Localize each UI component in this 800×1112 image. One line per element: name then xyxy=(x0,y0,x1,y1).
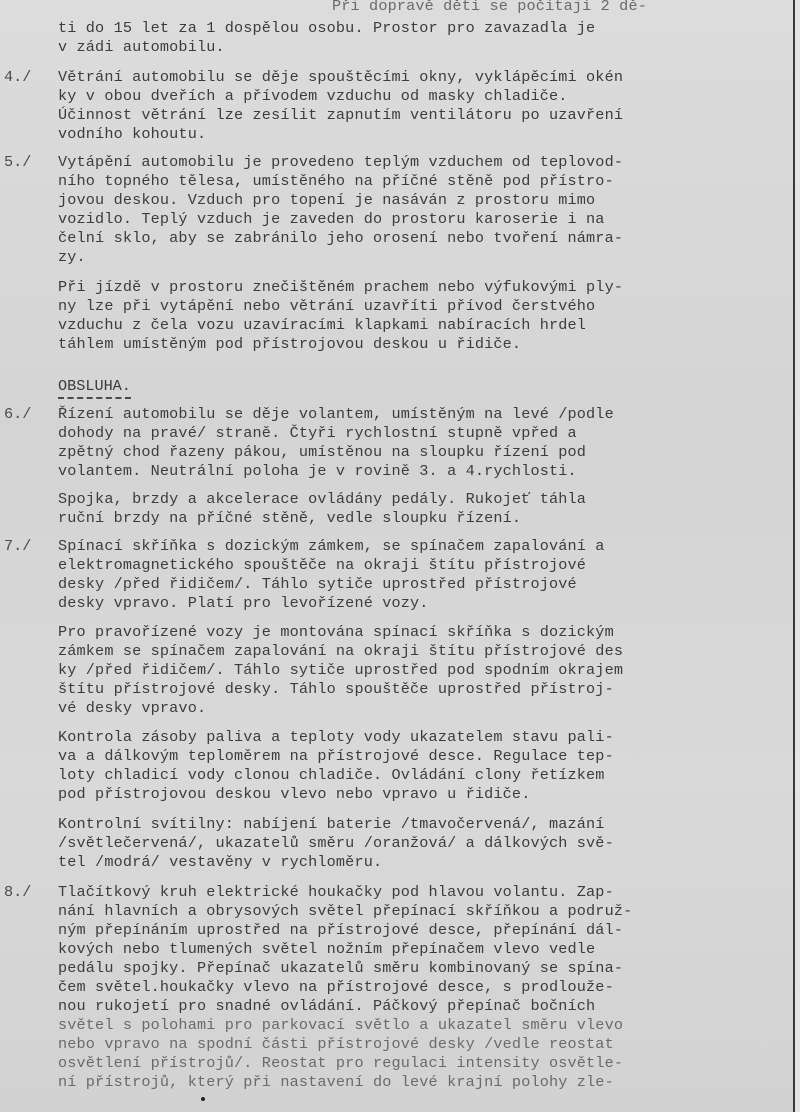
text-line: Větrání automobilu se děje spouštěcími o… xyxy=(58,67,623,87)
text-line: Spínací skříňka s dozickým zámkem, se sp… xyxy=(58,536,605,556)
text-line: ny lze při vytápění nebo větrání uzavřít… xyxy=(58,296,595,316)
section-number: 5./ xyxy=(4,152,31,172)
document-page: Při dopravě dětí se počítají 2 dě- ti do… xyxy=(0,0,793,1112)
text-line: Tlačítkový kruh elektrické houkačky pod … xyxy=(58,882,614,902)
text-line: Kontrola zásoby paliva a teploty vody uk… xyxy=(58,727,614,747)
text-line: ního topného tělesa, umístěného na příčn… xyxy=(58,171,614,191)
text-line: tel /modrá/ vestavěny v rychloměru. xyxy=(58,852,382,872)
text-line: Pro pravořízené vozy je montována spínac… xyxy=(58,622,614,642)
text-line: ky /před řidičem/. Táhlo sytiče uprostře… xyxy=(58,660,623,680)
text-line: Řízení automobilu se děje volantem, umís… xyxy=(58,404,614,424)
text-line: /světlečervená/, ukazatelů směru /oranžo… xyxy=(58,833,614,853)
page-margin xyxy=(795,0,800,1112)
section-heading: OBSLUHA. xyxy=(58,376,131,399)
text-line: nou rukojetí pro snadné ovládání. Páčkov… xyxy=(58,996,595,1016)
text-line: vodního kohoutu. xyxy=(58,124,206,144)
text-line: zpětný chod řazeny pákou, umístěnou na s… xyxy=(58,442,586,462)
text-line: zy. xyxy=(58,247,86,267)
section-number: 4./ xyxy=(4,67,31,87)
text-line: Spojka, brzdy a akcelerace ovládány pedá… xyxy=(58,489,586,509)
text-line: loty chladicí vody clonou chladiče. Ovlá… xyxy=(58,765,605,785)
text-line: Při jízdě v prostoru znečištěném prachem… xyxy=(58,277,623,297)
section-number: 7./ xyxy=(4,536,31,556)
section-number: 8./ xyxy=(4,882,31,902)
text-line: táhlem umístěným pod přístrojovou deskou… xyxy=(58,334,521,354)
text-line: vé desky vpravo. xyxy=(58,698,206,718)
text-line: ky v obou dveřích a přívodem vzduchu od … xyxy=(58,86,568,106)
text-line: světel s polohami pro parkovací světlo a… xyxy=(58,1015,623,1035)
text-line: elektromagnetického spouštěče na okraji … xyxy=(58,555,586,575)
text-line: čem světel.houkačky vlevo na přístrojové… xyxy=(58,977,614,997)
text-line: Při dopravě dětí se počítají 2 dě- xyxy=(332,0,647,16)
text-line: ným přepínáním uprostřed na přístrojové … xyxy=(58,920,623,940)
text-line: dohody na pravé/ straně. Čtyři rychlostn… xyxy=(58,423,577,443)
section-number: 6./ xyxy=(4,404,31,424)
text-line: ruční brzdy na příčné stěně, vedle sloup… xyxy=(58,508,521,528)
text-line: Vytápění automobilu je provedeno teplým … xyxy=(58,152,623,172)
text-line: osvětlení přístrojů/. Reostat pro regula… xyxy=(58,1053,623,1073)
text-line: kových nebo tlumených světel nožním přep… xyxy=(58,939,595,959)
text-line: ní přístrojů, který při nastavení do lev… xyxy=(58,1072,614,1092)
text-line: v zádi automobilu. xyxy=(58,37,225,57)
text-line: desky /před řidičem/. Táhlo sytiče upros… xyxy=(58,574,577,594)
text-line: Účinnost větrání lze zesílit zapnutím ve… xyxy=(58,105,623,125)
text-line: štítu přístrojové desky. Táhlo spouštěče… xyxy=(58,679,614,699)
ink-dot xyxy=(201,1097,205,1101)
text-line: Kontrolní svítilny: nabíjení baterie /tm… xyxy=(58,814,605,834)
text-line: desky vpravo. Platí pro levořízené vozy. xyxy=(58,593,429,613)
text-line: va a dálkovým teploměrem na přístrojové … xyxy=(58,746,614,766)
text-line: pedálu spojky. Přepínač ukazatelů směru … xyxy=(58,958,623,978)
text-line: pod přístrojovou deskou vlevo nebo vprav… xyxy=(58,784,530,804)
text-line: vzduchu z čela vozu uzavíracími klapkami… xyxy=(58,315,586,335)
text-line: čelní sklo, aby se zabránilo jeho orosen… xyxy=(58,228,623,248)
text-line: jovou deskou. Vzduch pro topení je nasáv… xyxy=(58,190,595,210)
text-line: zámkem se spínačem zapalování na okraji … xyxy=(58,641,623,661)
text-line: nání hlavních a obrysových světel přepín… xyxy=(58,901,632,921)
text-line: vozidlo. Teplý vzduch je zaveden do pros… xyxy=(58,209,605,229)
text-line: ti do 15 let za 1 dospělou osobu. Prosto… xyxy=(58,18,595,38)
text-line: volantem. Neutrální poloha je v rovině 3… xyxy=(58,461,577,481)
text-line: nebo vpravo na spodní části přístrojové … xyxy=(58,1034,614,1054)
